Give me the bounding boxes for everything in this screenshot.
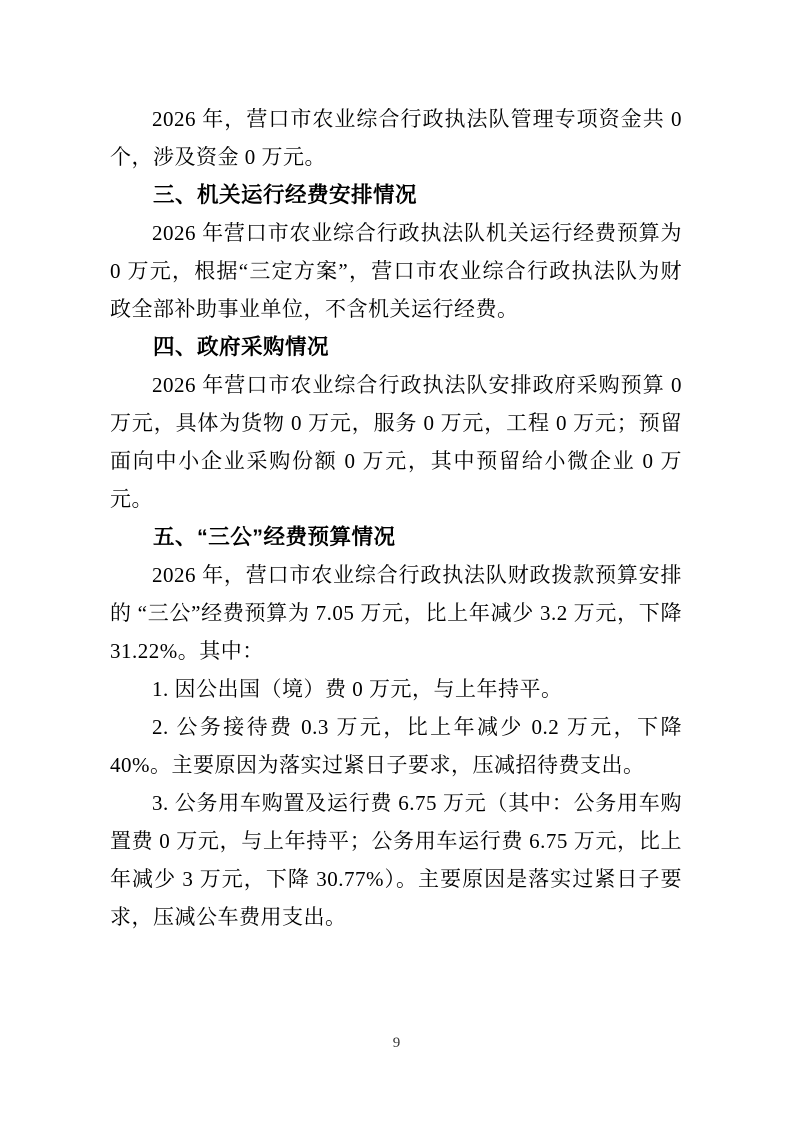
page-number: 9 — [393, 1035, 401, 1051]
section-heading-3-operating-expenses: 三、机关运行经费安排情况 — [110, 176, 682, 214]
paragraph-item-1-overseas-travel: 1. 因公出国（境）费 0 万元，与上年持平。 — [110, 670, 682, 708]
section-heading-4-government-procurement: 四、政府采购情况 — [110, 328, 682, 366]
paragraph-item-3-official-vehicles: 3. 公务用车购置及运行费 6.75 万元（其中：公务用车购置费 0 万元，与上… — [110, 784, 682, 936]
paragraph-government-procurement: 2026 年营口市农业综合行政执法队安排政府采购预算 0 万元，具体为货物 0 … — [110, 366, 682, 518]
section-heading-5-three-public-expenses: 五、“三公”经费预算情况 — [110, 518, 682, 556]
document-page: 2026 年，营口市农业综合行政执法队管理专项资金共 0 个，涉及资金 0 万元… — [0, 0, 793, 1122]
paragraph-three-public-budget-summary: 2026 年，营口市农业综合行政执法队财政拨款预算安排的 “三公”经费预算为 7… — [110, 556, 682, 670]
document-body: 2026 年，营口市农业综合行政执法队管理专项资金共 0 个，涉及资金 0 万元… — [110, 100, 682, 936]
paragraph-item-2-official-reception: 2. 公务接待费 0.3 万元，比上年减少 0.2 万元，下降 40%。主要原因… — [110, 708, 682, 784]
page-footer: 9 — [0, 1034, 793, 1052]
paragraph-special-funds: 2026 年，营口市农业综合行政执法队管理专项资金共 0 个，涉及资金 0 万元… — [110, 100, 682, 176]
paragraph-operating-expenses: 2026 年营口市农业综合行政执法队机关运行经费预算为 0 万元，根据“三定方案… — [110, 214, 682, 328]
